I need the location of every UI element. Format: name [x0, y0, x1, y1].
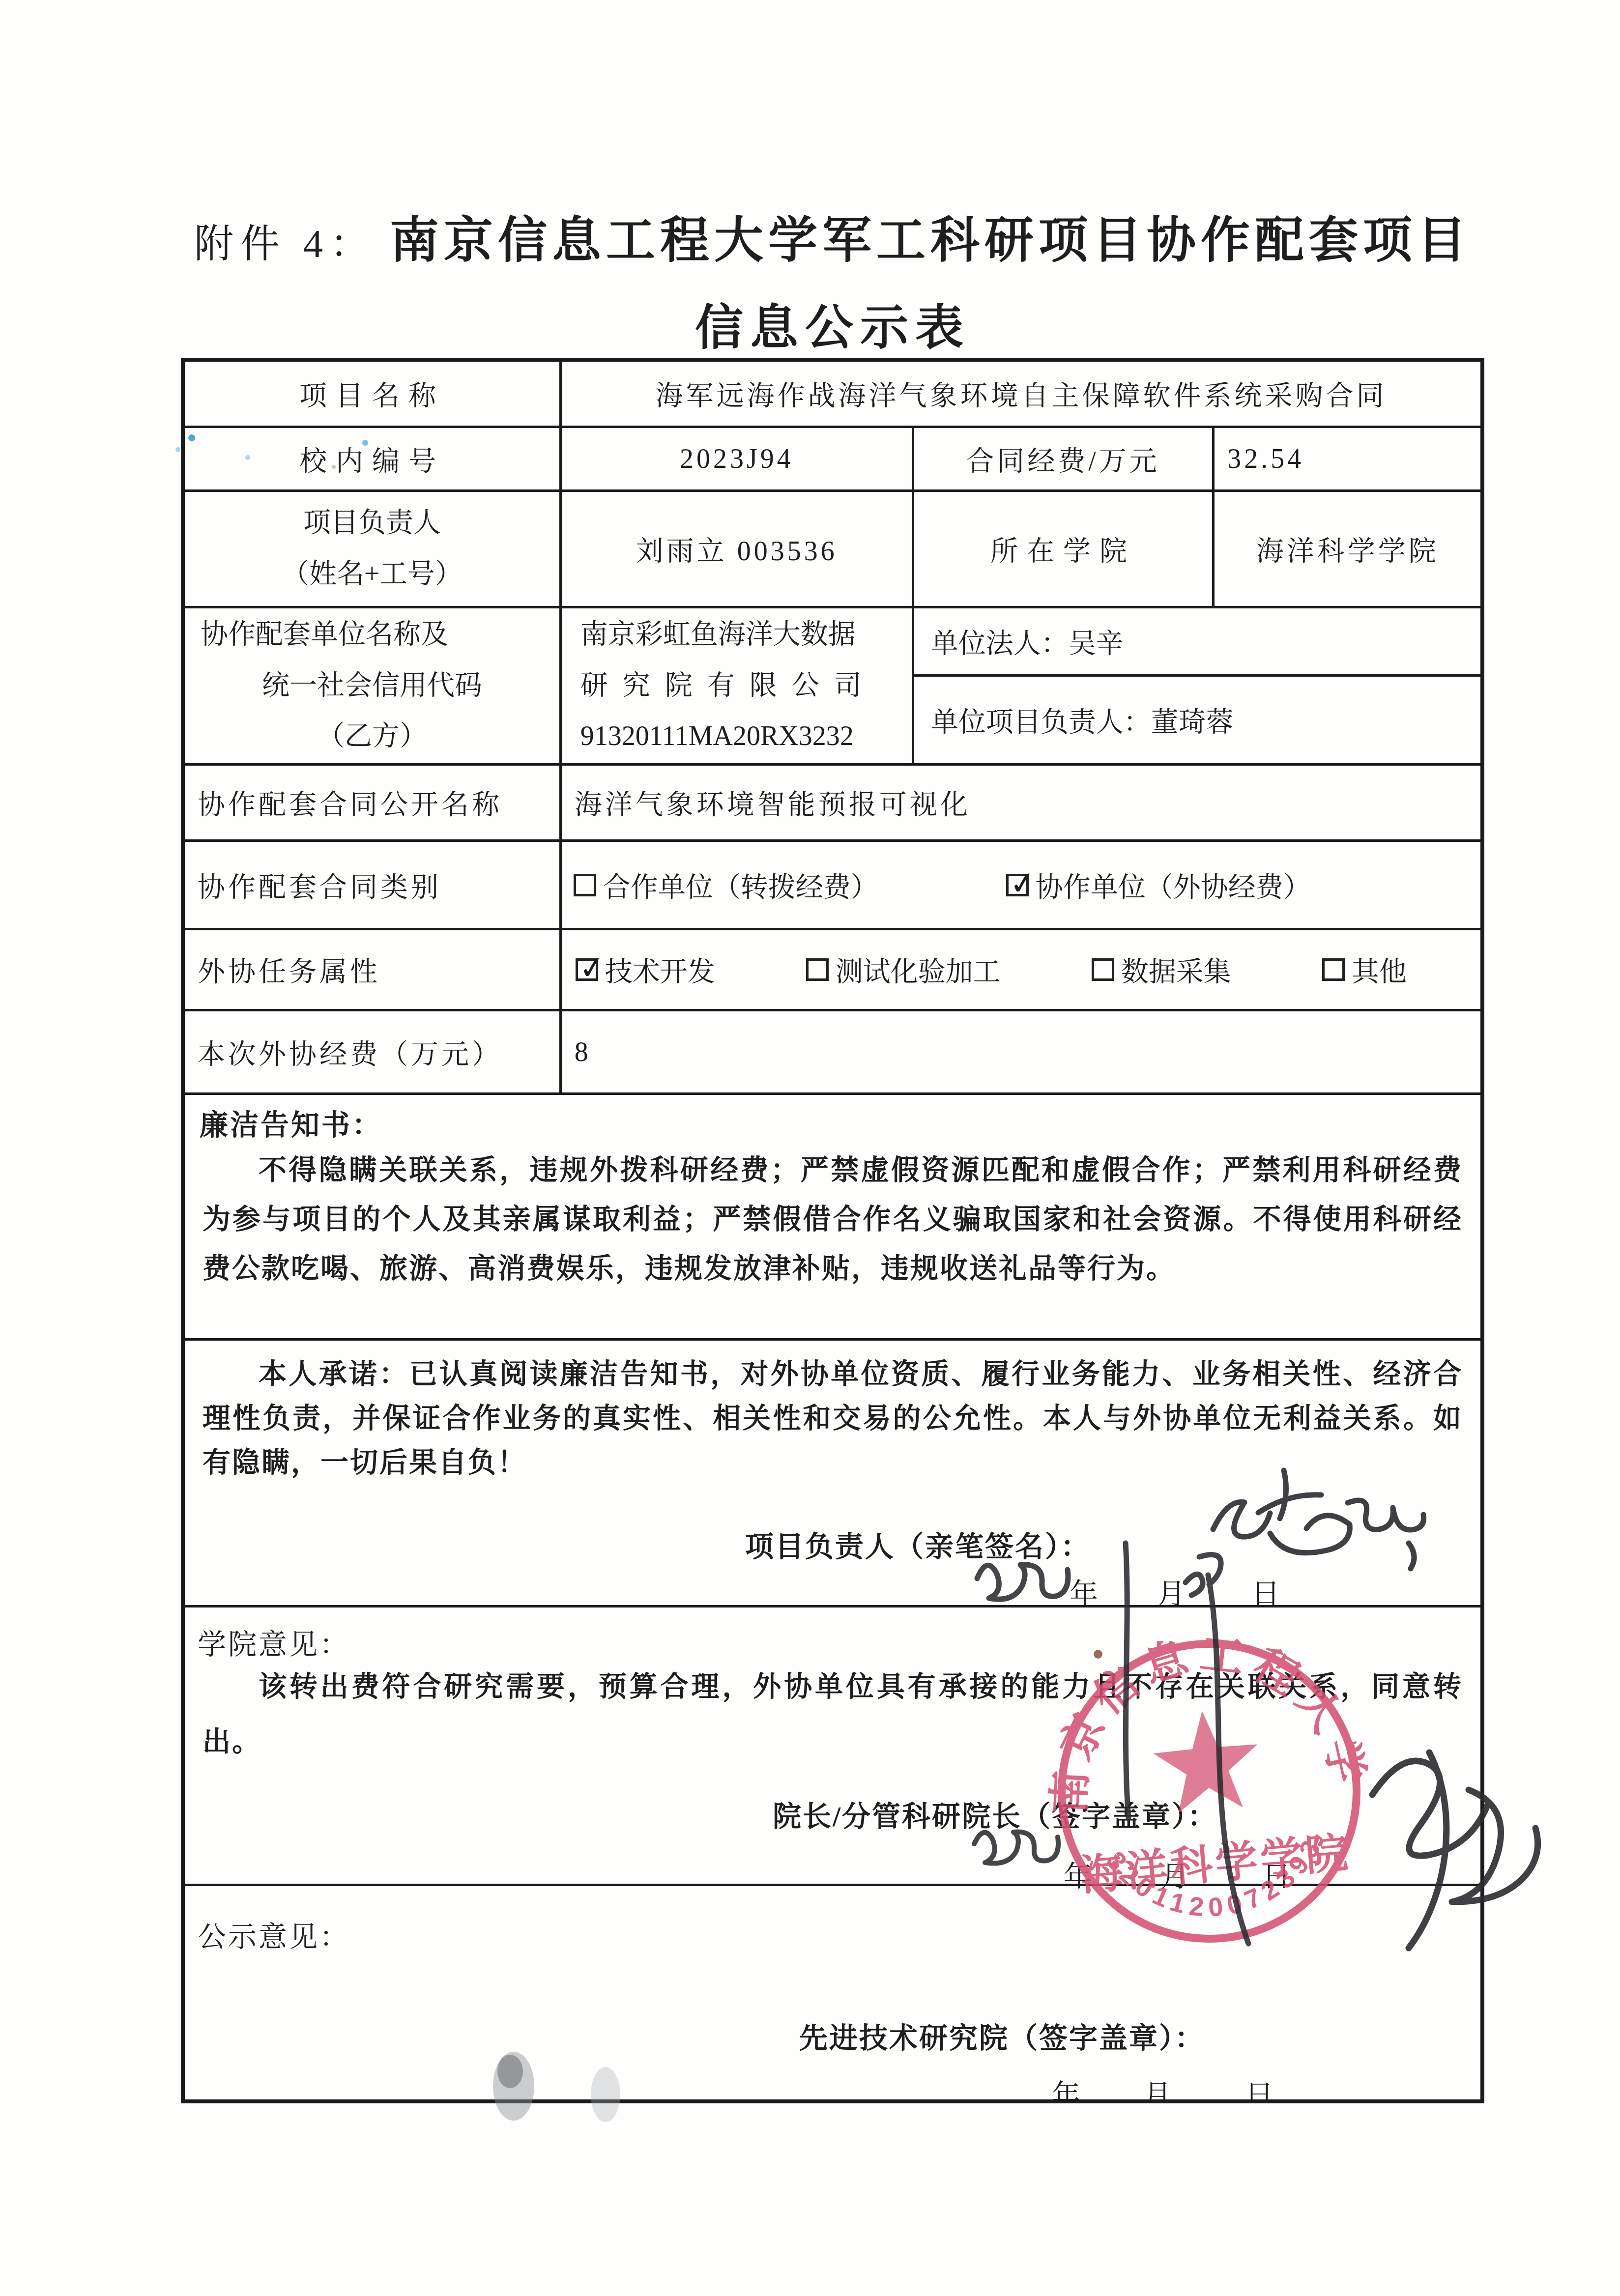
- scanned-form-page: 附件 4：南京信息工程大学军工科研项目协作配套项目 信息公示表 项目名称 海军远…: [0, 0, 1620, 2296]
- date-year-label: 年: [1052, 2072, 1080, 2103]
- checkbox-checked-icon: [576, 958, 598, 981]
- row-public-contract-name: 协作配套合同公开名称 海洋气象环境智能预报可视化: [185, 763, 1480, 839]
- row-college-opinion: 学院意见： 该转出费符合研究需要，预算合理，外协单位具有承接的能力且不存在关联关…: [185, 1605, 1480, 1884]
- unit-project-leader: 单位项目负责人：董琦蓉: [914, 677, 1480, 763]
- task-attribute-label: 外协任务属性: [185, 930, 559, 1009]
- outsourcing-fund-label: 本次外协经费（万元）: [185, 1011, 559, 1092]
- task-attribute-options: 技术开发 测试化验加工 数据采集 其他: [559, 930, 1480, 1009]
- project-name-label: 项目名称: [185, 362, 559, 426]
- legal-representative: 单位法人：吴辛: [914, 608, 1480, 677]
- checkbox-unchecked-icon: [1322, 958, 1345, 981]
- project-leader-label: 项目负责人 （姓名+工号）: [185, 492, 559, 606]
- option-other: 其他: [1322, 950, 1407, 989]
- row-outsourcing-fund: 本次外协经费（万元） 8: [185, 1009, 1480, 1092]
- row-task-attribute: 外协任务属性 技术开发 测试化验加工 数据采集 其他: [185, 928, 1480, 1009]
- project-name-value: 海军远海作战海洋气象环境自主保障软件系统采购合同: [559, 362, 1480, 426]
- project-leader-value: 刘雨立 003536: [559, 492, 912, 606]
- checkbox-unchecked-icon: [806, 958, 829, 981]
- title-line-1: 附件 4：南京信息工程大学军工科研项目协作配套项目: [181, 201, 1484, 271]
- internal-code-label: 校内编号: [185, 428, 559, 489]
- internal-code-value: 2023J94: [559, 428, 912, 489]
- college-opinion-heading: 学院意见：: [198, 1621, 350, 1663]
- integrity-body: 不得隐瞒关联关系，违规外拨科研经费；严禁虚假资源匹配和虚假合作；严禁利用科研经费…: [185, 1143, 1480, 1293]
- public-contract-name-label: 协作配套合同公开名称: [185, 766, 559, 839]
- form-title-line2: 信息公示表: [181, 289, 1484, 358]
- partner-unit-value: 南京彩虹鱼海洋大数据 研究院有限公司 91320111MA20RX3232: [559, 608, 912, 763]
- option-collaboration-unit: 协作单位（外协经费）: [1006, 865, 1311, 905]
- dean-signature-label: 院长/分管科研院长（签字盖章）：: [773, 1793, 1217, 1835]
- info-table: 项目名称 海军远海作战海洋气象环境自主保障软件系统采购合同 校内编号 2023J…: [181, 358, 1484, 2103]
- row-project-name: 项目名称 海军远海作战海洋气象环境自主保障软件系统采购合同: [185, 362, 1480, 426]
- option-testing: 测试化验加工: [806, 950, 1001, 989]
- contract-type-label: 协作配套合同类别: [185, 842, 559, 928]
- commitment-body: 本人承诺：已认真阅读廉洁告知书，对外协单位资质、履行业务能力、业务相关性、经济合…: [185, 1341, 1480, 1485]
- college-value: 海洋科学学院: [1212, 492, 1480, 606]
- row-internal-code: 校内编号 2023J94 合同经费/万元 32.54: [185, 426, 1480, 489]
- row-project-leader: 项目负责人 （姓名+工号） 刘雨立 003536 所在学院 海洋科学学院: [185, 489, 1480, 606]
- college-label: 所在学院: [912, 492, 1213, 606]
- row-commitment: 本人承诺：已认真阅读廉洁告知书，对外协单位资质、履行业务能力、业务相关性、经济合…: [185, 1338, 1480, 1605]
- pi-signature-label: 项目负责人（亲笔签名）：: [745, 1523, 1091, 1565]
- row-integrity-notice: 廉洁告知书： 不得隐瞒关联关系，违规外拨科研经费；严禁虚假资源匹配和虚假合作；严…: [185, 1092, 1480, 1338]
- integrity-heading: 廉洁告知书：: [185, 1095, 1480, 1143]
- checkbox-unchecked-icon: [1092, 958, 1114, 981]
- public-contract-name-value: 海洋气象环境智能预报可视化: [559, 766, 1480, 839]
- checkbox-checked-icon: [1006, 874, 1029, 896]
- college-opinion-body: 该转出费符合研究需要，预算合理，外协单位具有承接的能力且不存在关联关系，同意转出…: [185, 1655, 1480, 1770]
- date-day-label: 日: [1245, 2072, 1273, 2103]
- public-opinion-heading: 公示意见：: [198, 1914, 350, 1955]
- row-partner-unit: 协作配套单位名称及 统一社会信用代码 （乙方） 南京彩虹鱼海洋大数据 研究院有限…: [185, 606, 1480, 763]
- outsourcing-fund-value: 8: [559, 1011, 1480, 1092]
- option-cooperation-unit: 合作单位（转拨经费）: [574, 865, 878, 905]
- partner-contacts: 单位法人：吴辛 单位项目负责人：董琦蓉: [912, 608, 1480, 763]
- checkbox-unchecked-icon: [574, 874, 596, 896]
- contract-fund-label: 合同经费/万元: [912, 428, 1213, 489]
- row-public-opinion: 公示意见： 先进技术研究院（签字盖章）： 年 月 日: [185, 1884, 1480, 2103]
- row-contract-type: 协作配套合同类别 合作单位（转拨经费） 协作单位（外协经费）: [185, 839, 1480, 928]
- contract-type-options: 合作单位（转拨经费） 协作单位（外协经费）: [559, 842, 1480, 928]
- institute-signature-label: 先进技术研究院（签字盖章）：: [799, 2015, 1205, 2056]
- option-data-collection: 数据采集: [1092, 950, 1231, 989]
- option-tech-dev: 技术开发: [576, 950, 715, 989]
- partner-unit-label: 协作配套单位名称及 统一社会信用代码 （乙方）: [185, 608, 559, 763]
- attachment-label: 附件 4：: [194, 223, 376, 266]
- form-title: 南京信息工程大学军工科研项目协作配套项目: [390, 213, 1471, 268]
- contract-fund-value: 32.54: [1212, 428, 1480, 489]
- date-month-label: 月: [1143, 2072, 1172, 2103]
